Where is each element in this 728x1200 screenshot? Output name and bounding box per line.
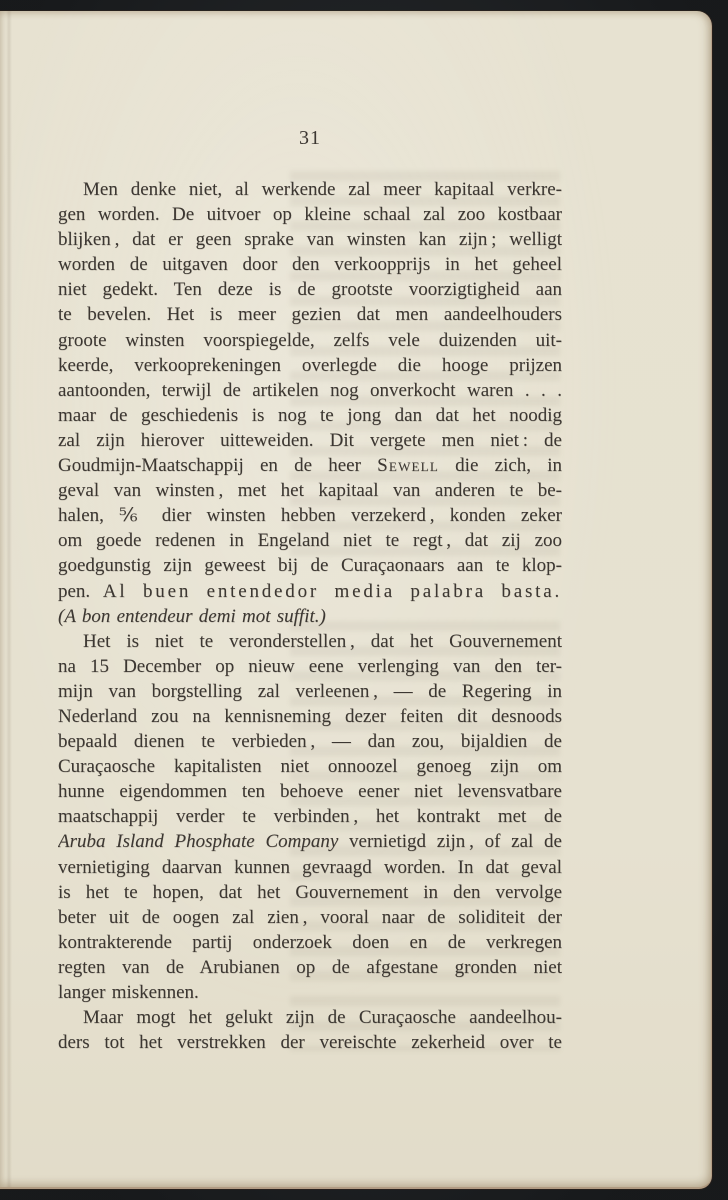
page-crease [6, 11, 12, 1187]
text-line: mijn van borgstelling zal verleenen , — … [58, 679, 562, 704]
text-line: beter uit de oogen zal zien , vooral naa… [58, 905, 562, 930]
text-segment: Maar mogt het gelukt zijn de Curaçaosche… [83, 1007, 562, 1028]
text-segment: Het is niet te veronderstellen , dat het… [83, 631, 562, 652]
text-segment: om goede redenen in Engeland niet te reg… [58, 530, 562, 551]
text-segment: na 15 December op nieuw eene verlenging … [58, 656, 562, 677]
text-segment: (A bon entendeur demi mot suffit.) [58, 606, 326, 627]
text-line: kontrakterende partij onderzoek doen en … [58, 930, 562, 955]
text-line: is het te hopen, dat het Gouvernement in… [58, 880, 562, 905]
text-segment: beter uit de oogen zal zien , vooral naa… [58, 907, 562, 928]
text-line: keerde, verkooprekeningen overlegde die … [58, 353, 562, 378]
page-number: 31 [58, 127, 562, 150]
scan-backdrop: 31 Men denke niet, al werkende zal meer … [0, 0, 728, 1200]
text-line: te bevelen. Het is meer gezien dat men a… [58, 302, 562, 327]
text-line: na 15 December op nieuw eene verlenging … [58, 654, 562, 679]
text-segment: keerde, verkooprekeningen overlegde die … [58, 355, 562, 376]
text-segment: niet gedekt. Ten deze is de grootste voo… [58, 279, 562, 300]
text-segment: Sewell [377, 455, 439, 476]
text-segment: vernietigd zijn , of zal de [338, 831, 562, 852]
book-page: 31 Men denke niet, al werkende zal meer … [0, 11, 712, 1189]
text-segment: zal zijn hierover uitteweiden. Dit verge… [58, 430, 562, 451]
text-segment: pen. [58, 581, 103, 602]
text-segment: blijken , dat er geen sprake van winsten… [58, 229, 562, 250]
text-line: goedgunstig zijn geweest bij de Curaçaon… [58, 553, 562, 578]
text-line: Curaçaosche kapitalisten niet onnoozel g… [58, 754, 562, 779]
text-line: worden de uitgaven door den verkoopprijs… [58, 252, 562, 277]
text-line: niet gedekt. Ten deze is de grootste voo… [58, 277, 562, 302]
text-segment: maatschappij verder te verbinden , het k… [58, 806, 562, 827]
text-line: zal zijn hierover uitteweiden. Dit verge… [58, 428, 562, 453]
text-line: Het is niet te veronderstellen , dat het… [58, 629, 562, 654]
text-segment: ders tot het verstrekken der vereischte … [58, 1032, 562, 1053]
text-segment: goedgunstig zijn geweest bij de Curaçaon… [58, 555, 562, 576]
text-segment: vernietiging daarvan kunnen gevraagd wor… [58, 857, 562, 878]
text-segment: is het te hopen, dat het Gouvernement in… [58, 882, 562, 903]
text-line: Aruba Island Phosphate Company vernietig… [58, 829, 562, 854]
text-line: blijken , dat er geen sprake van winsten… [58, 227, 562, 252]
text-segment: kontrakterende partij onderzoek doen en … [58, 932, 562, 953]
text-line: Maar mogt het gelukt zijn de Curaçaosche… [58, 1005, 562, 1030]
text-segment: Al buen entendedor media palabra basta. [103, 581, 562, 602]
text-segment: die zich, in [439, 455, 562, 476]
text-block: Men denke niet, al werkende zal meer kap… [58, 177, 562, 1055]
text-line: (A bon entendeur demi mot suffit.) [58, 604, 562, 629]
text-line: maar de geschiedenis is nog te jong dan … [58, 403, 562, 428]
text-segment: regten van de Arubianen op de afgestane … [58, 957, 562, 978]
text-segment: maar de geschiedenis is nog te jong dan … [58, 405, 562, 426]
text-line: regten van de Arubianen op de afgestane … [58, 955, 562, 980]
text-segment: Men denke niet, al werkende zal meer kap… [83, 179, 562, 200]
text-line: geval van winsten , met het kapitaal van… [58, 478, 562, 503]
text-segment: langer miskennen. [58, 982, 199, 1003]
text-line: halen, ⅚ dier winsten hebben verzekerd ,… [58, 503, 562, 528]
text-segment: Goudmijn-Maatschappij en de heer [58, 455, 377, 476]
text-line: Goudmijn-Maatschappij en de heer Sewell … [58, 453, 562, 478]
text-segment: te bevelen. Het is meer gezien dat men a… [58, 304, 562, 325]
text-segment: worden de uitgaven door den verkoopprijs… [58, 254, 562, 275]
text-line: ders tot het verstrekken der vereischte … [58, 1030, 562, 1055]
text-line: groote winsten voorspiegelde, zelfs vele… [58, 328, 562, 353]
text-segment: halen, ⅚ dier winsten hebben verzekerd ,… [58, 505, 562, 526]
text-segment: gen worden. De uitvoer op kleine schaal … [58, 204, 562, 225]
text-line: hunne eigendommen ten behoeve eener niet… [58, 779, 562, 804]
text-segment: bepaald dienen te verbieden , — dan zou,… [58, 731, 562, 752]
text-segment: Nederland zou na kennisneming dezer feit… [58, 706, 562, 727]
text-line: pen. Al buen entendedor media palabra ba… [58, 579, 562, 604]
text-line: vernietiging daarvan kunnen gevraagd wor… [58, 855, 562, 880]
text-line: bepaald dienen te verbieden , — dan zou,… [58, 729, 562, 754]
text-segment: geval van winsten , met het kapitaal van… [58, 480, 562, 501]
text-segment: aantoonden, terwijl de artikelen nog onv… [58, 380, 562, 401]
text-line: om goede redenen in Engeland niet te reg… [58, 528, 562, 553]
text-line: langer miskennen. [58, 980, 562, 1005]
text-segment: hunne eigendommen ten behoeve eener niet… [58, 781, 562, 802]
text-segment: Curaçaosche kapitalisten niet onnoozel g… [58, 756, 562, 777]
text-line: gen worden. De uitvoer op kleine schaal … [58, 202, 562, 227]
text-line: Men denke niet, al werkende zal meer kap… [58, 177, 562, 202]
text-line: Nederland zou na kennisneming dezer feit… [58, 704, 562, 729]
text-segment: Aruba Island Phosphate Company [58, 831, 338, 852]
text-line: maatschappij verder te verbinden , het k… [58, 804, 562, 829]
text-line: aantoonden, terwijl de artikelen nog onv… [58, 378, 562, 403]
text-segment: groote winsten voorspiegelde, zelfs vele… [58, 330, 562, 351]
text-segment: mijn van borgstelling zal verleenen , — … [58, 681, 562, 702]
